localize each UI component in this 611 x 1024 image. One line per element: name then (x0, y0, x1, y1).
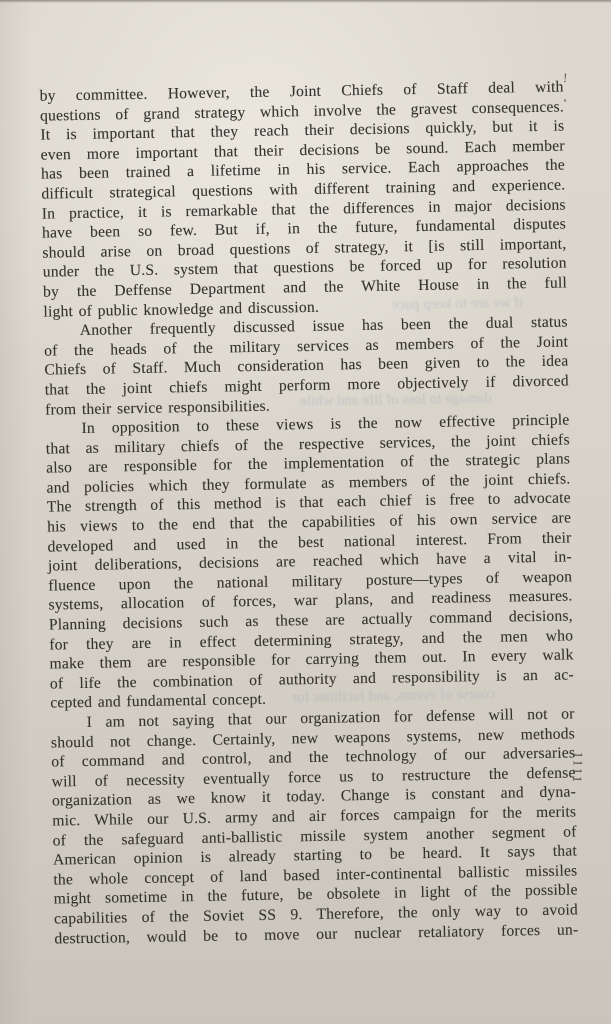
page-text: by committee. However, the Joint Chiefs … (40, 77, 579, 948)
margin-mark-dot (564, 99, 566, 102)
margin-mark-side-tally: 1111 (569, 751, 586, 784)
photo-top-edge (0, 0, 611, 3)
margin-mark-exclamation: ! (562, 70, 567, 86)
scanned-page: by committee. However, the Joint Chiefs … (0, 0, 611, 1024)
